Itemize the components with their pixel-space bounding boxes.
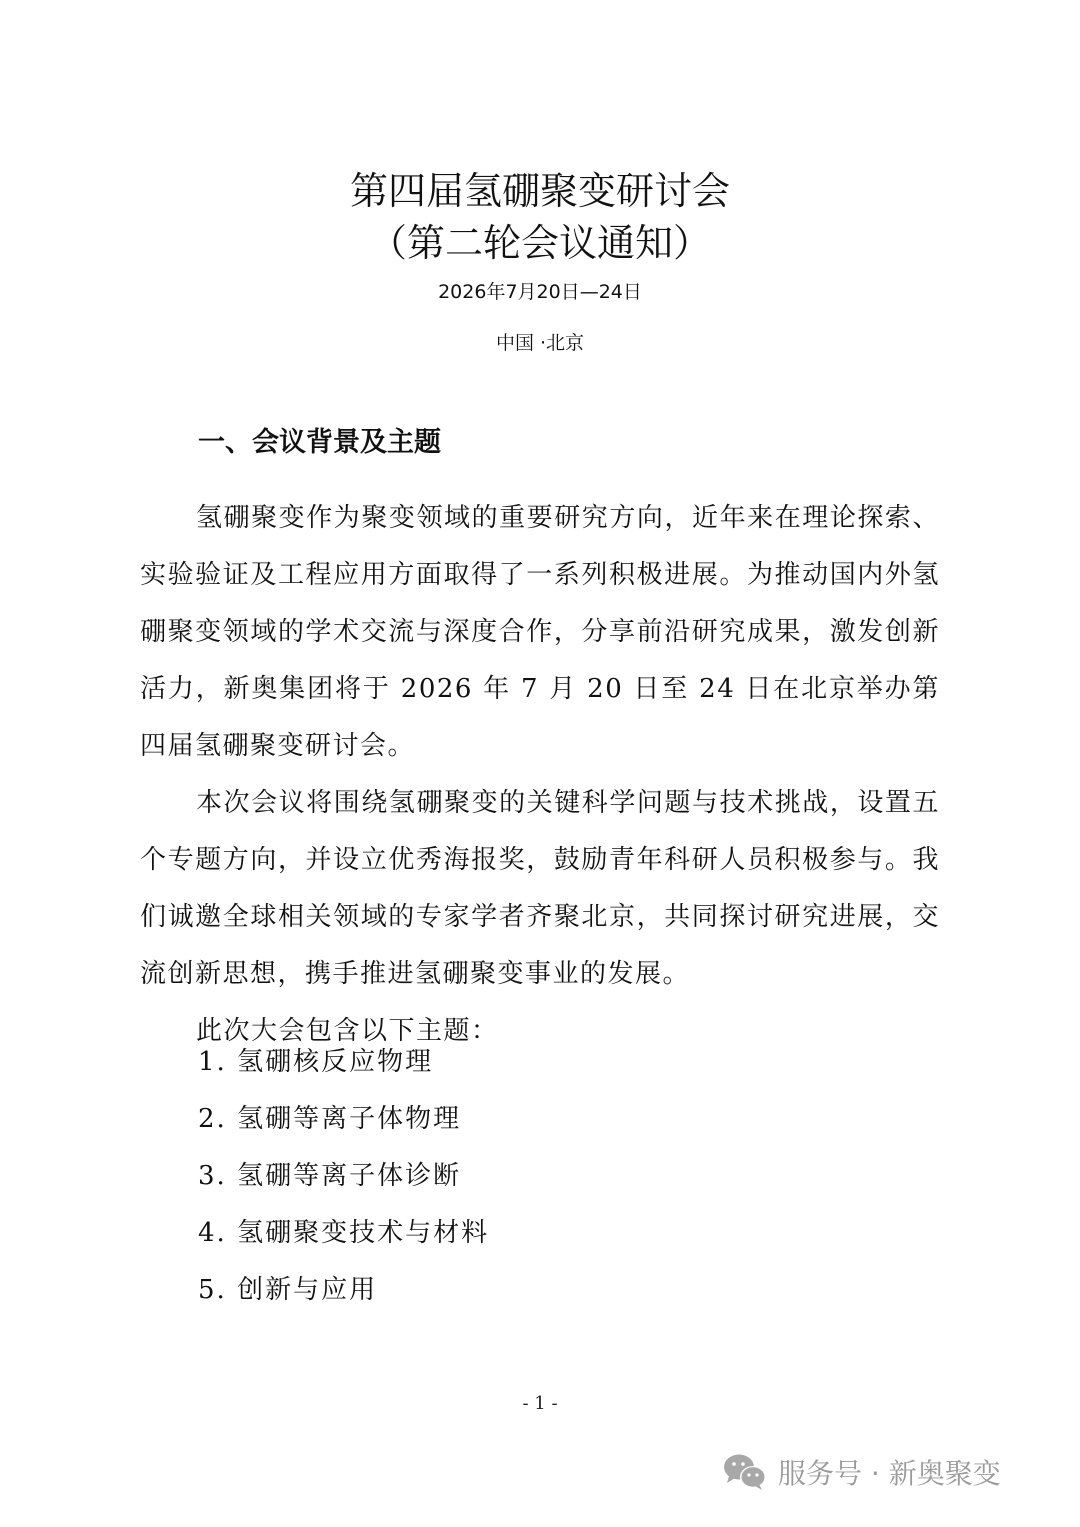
topic-item: 5. 创新与应用 (198, 1269, 377, 1306)
section-heading: 一、会议背景及主题 (198, 420, 441, 459)
page-number: - 1 - (0, 1393, 1080, 1414)
watermark: 服务号 · 新奥聚变 (722, 1452, 1001, 1492)
topic-item: 3. 氢硼等离子体诊断 (198, 1155, 461, 1192)
watermark-text: 服务号 · 新奥聚变 (778, 1452, 1001, 1492)
conference-location: 中国 ·北京 (0, 328, 1080, 355)
topic-item: 2. 氢硼等离子体物理 (198, 1098, 461, 1135)
conference-date: 2026年7月20日—24日 (0, 277, 1080, 304)
paragraph-background: 氢硼聚变作为聚变领域的重要研究方向，近年来在理论探索、实验验证及工程应用方面取得… (140, 490, 940, 775)
topic-item: 4. 氢硼聚变技术与材料 (198, 1212, 489, 1249)
document-title: 第四届氢硼聚变研讨会 (0, 160, 1080, 215)
wechat-icon (722, 1452, 768, 1492)
topic-item: 1. 氢硼核反应物理 (198, 1041, 433, 1078)
paragraph-topics-intro: 本次会议将围绕氢硼聚变的关键科学问题与技术挑战，设置五个专题方向，并设立优秀海报… (140, 775, 940, 1003)
document-subtitle: （第二轮会议通知） (0, 212, 1080, 267)
